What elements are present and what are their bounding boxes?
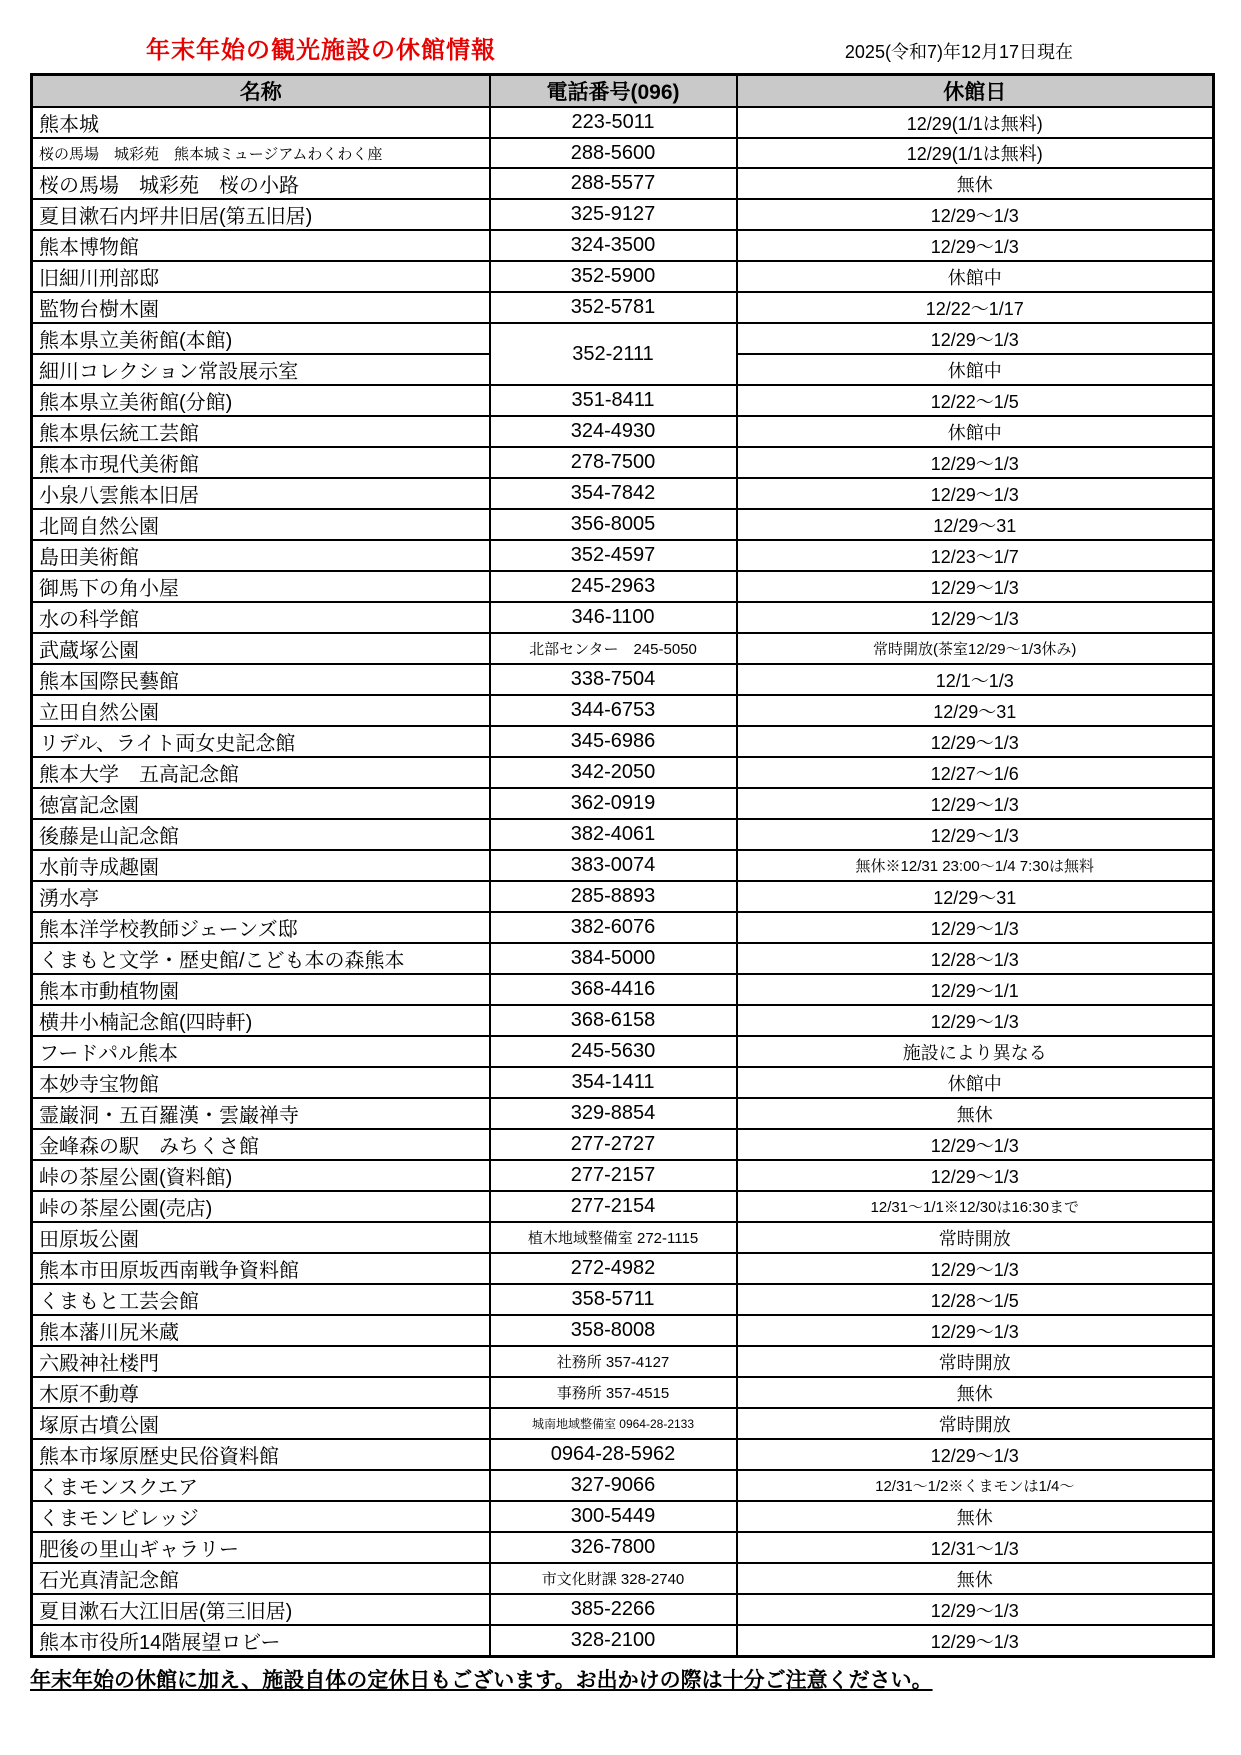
closed-days-cell: 12/29〜1/3 (737, 602, 1214, 633)
closed-days-cell: 無休 (737, 168, 1214, 199)
closed-days-cell: 12/29〜1/3 (737, 1129, 1214, 1160)
facility-name-cell: 島田美術館 (32, 540, 490, 571)
table-row: くまもと文学・歴史館/こども本の森熊本384-500012/28〜1/3 (32, 943, 1214, 974)
closed-days-cell: 12/29(1/1は無料) (737, 107, 1214, 138)
closed-days-cell: 12/29〜1/1 (737, 974, 1214, 1005)
closed-days-cell: 無休 (737, 1377, 1214, 1408)
table-row: 北岡自然公園356-800512/29〜31 (32, 509, 1214, 540)
table-row: 熊本県立美術館(本館)352-211112/29〜1/3 (32, 323, 1214, 354)
phone-cell: 245-2963 (490, 571, 737, 602)
closed-days-cell: 無休 (737, 1501, 1214, 1532)
facility-name-cell: 霊巌洞・五百羅漢・雲巌禅寺 (32, 1098, 490, 1129)
closed-days-cell: 12/31〜1/3 (737, 1532, 1214, 1563)
facility-name-cell: 桜の馬場 城彩苑 桜の小路 (32, 168, 490, 199)
phone-cell: 383-0074 (490, 850, 737, 881)
closed-days-cell: 無休 (737, 1098, 1214, 1129)
closure-table: 名称 電話番号(096) 休館日 熊本城223-501112/29(1/1は無料… (30, 73, 1215, 1658)
phone-cell: 327-9066 (490, 1470, 737, 1501)
table-row: 桜の馬場 城彩苑 熊本城ミュージアムわくわく座288-560012/29(1/1… (32, 138, 1214, 168)
table-body: 熊本城223-501112/29(1/1は無料)桜の馬場 城彩苑 熊本城ミュージ… (32, 107, 1214, 1657)
facility-name-cell: 肥後の里山ギャラリー (32, 1532, 490, 1563)
phone-cell: 368-6158 (490, 1005, 737, 1036)
facility-name-cell: 後藤是山記念館 (32, 819, 490, 850)
closed-days-cell: 休館中 (737, 261, 1214, 292)
facility-name-cell: フードパル熊本 (32, 1036, 490, 1067)
table-row: 夏目漱石大江旧居(第三旧居)385-226612/29〜1/3 (32, 1594, 1214, 1625)
closed-days-cell: 12/29〜1/3 (737, 478, 1214, 509)
closed-days-cell: 12/29〜1/3 (737, 912, 1214, 943)
closed-days-cell: 12/29〜1/3 (737, 1005, 1214, 1036)
table-row: 熊本洋学校教師ジェーンズ邸382-607612/29〜1/3 (32, 912, 1214, 943)
facility-name-cell: 旧細川刑部邸 (32, 261, 490, 292)
facility-name-cell: 桜の馬場 城彩苑 熊本城ミュージアムわくわく座 (32, 138, 490, 168)
table-row: 六殿神社楼門社務所 357-4127常時開放 (32, 1346, 1214, 1377)
closed-days-cell: 12/29〜1/3 (737, 726, 1214, 757)
table-row: 小泉八雲熊本旧居354-784212/29〜1/3 (32, 478, 1214, 509)
phone-cell: 352-5781 (490, 292, 737, 323)
phone-cell: 272-4982 (490, 1253, 737, 1284)
facility-name-cell: 熊本市役所14階展望ロビー (32, 1625, 490, 1657)
closed-days-cell: 休館中 (737, 354, 1214, 385)
closed-days-cell: 12/29〜1/3 (737, 819, 1214, 850)
phone-cell: 352-2111 (490, 323, 737, 385)
facility-name-cell: 湧水亭 (32, 881, 490, 912)
table-row: 田原坂公園植木地域整備室 272-1115常時開放 (32, 1222, 1214, 1253)
closed-days-cell: 12/27〜1/6 (737, 757, 1214, 788)
facility-name-cell: くまもと文学・歴史館/こども本の森熊本 (32, 943, 490, 974)
table-header-row: 名称 電話番号(096) 休館日 (32, 75, 1214, 108)
closed-days-cell: 12/29〜31 (737, 695, 1214, 726)
closed-days-cell: 12/29〜1/3 (737, 230, 1214, 261)
facility-name-cell: 立田自然公園 (32, 695, 490, 726)
facility-name-cell: 小泉八雲熊本旧居 (32, 478, 490, 509)
facility-name-cell: 熊本県立美術館(本館) (32, 323, 490, 354)
closed-days-cell: 12/22〜1/5 (737, 385, 1214, 416)
closed-days-cell: 常時開放(茶室12/29〜1/3休み) (737, 633, 1214, 664)
closed-days-cell: 12/29〜1/3 (737, 447, 1214, 478)
phone-cell: 植木地域整備室 272-1115 (490, 1222, 737, 1253)
facility-name-cell: 水の科学館 (32, 602, 490, 633)
phone-cell: 277-2154 (490, 1191, 737, 1222)
phone-cell: 382-4061 (490, 819, 737, 850)
table-row: 湧水亭285-889312/29〜31 (32, 881, 1214, 912)
table-row: 監物台樹木園352-578112/22〜1/17 (32, 292, 1214, 323)
closed-days-cell: 12/29〜1/3 (737, 1253, 1214, 1284)
table-row: 熊本大学 五高記念館342-205012/27〜1/6 (32, 757, 1214, 788)
phone-cell: 368-4416 (490, 974, 737, 1005)
closed-days-cell: 常時開放 (737, 1346, 1214, 1377)
closed-days-cell: 12/29〜1/3 (737, 1160, 1214, 1191)
closed-days-cell: 休館中 (737, 416, 1214, 447)
facility-name-cell: 熊本博物館 (32, 230, 490, 261)
facility-name-cell: 峠の茶屋公園(資料館) (32, 1160, 490, 1191)
facility-name-cell: 横井小楠記念館(四時軒) (32, 1005, 490, 1036)
table-row: 熊本市現代美術館278-750012/29〜1/3 (32, 447, 1214, 478)
table-row: 霊巌洞・五百羅漢・雲巌禅寺329-8854無休 (32, 1098, 1214, 1129)
table-row: 塚原古墳公園城南地域整備室 0964-28-2133常時開放 (32, 1408, 1214, 1439)
closed-days-cell: 常時開放 (737, 1408, 1214, 1439)
page-header: 年末年始の観光施設の休館情報 2025(令和7)年12月17日現在 (0, 0, 1241, 73)
closed-days-cell: 12/29〜1/3 (737, 571, 1214, 602)
date-note: 2025(令和7)年12月17日現在 (845, 38, 1073, 64)
table-row: 熊本市役所14階展望ロビー328-210012/29〜1/3 (32, 1625, 1214, 1657)
table-row: 熊本県立美術館(分館)351-841112/22〜1/5 (32, 385, 1214, 416)
closed-days-cell: 無休※12/31 23:00〜1/4 7:30は無料 (737, 850, 1214, 881)
phone-cell: 352-5900 (490, 261, 737, 292)
facility-name-cell: 塚原古墳公園 (32, 1408, 490, 1439)
facility-name-cell: 熊本市田原坂西南戦争資料館 (32, 1253, 490, 1284)
table-row: くまモンスクエア327-906612/31〜1/2※くまモンは1/4〜 (32, 1470, 1214, 1501)
table-row: 武蔵塚公園北部センター 245-5050常時開放(茶室12/29〜1/3休み) (32, 633, 1214, 664)
facility-name-cell: 夏目漱石内坪井旧居(第五旧居) (32, 199, 490, 230)
phone-cell: 278-7500 (490, 447, 737, 478)
table-row: 徳富記念園362-091912/29〜1/3 (32, 788, 1214, 819)
facility-name-cell: くまモンスクエア (32, 1470, 490, 1501)
closed-days-cell: 12/22〜1/17 (737, 292, 1214, 323)
table-row: 水の科学館346-110012/29〜1/3 (32, 602, 1214, 633)
facility-name-cell: 田原坂公園 (32, 1222, 490, 1253)
facility-name-cell: 熊本城 (32, 107, 490, 138)
phone-cell: 北部センター 245-5050 (490, 633, 737, 664)
phone-cell: 324-4930 (490, 416, 737, 447)
table-row: 旧細川刑部邸352-5900休館中 (32, 261, 1214, 292)
phone-cell: 384-5000 (490, 943, 737, 974)
table-row: 峠の茶屋公園(売店)277-215412/31〜1/1※12/30は16:30ま… (32, 1191, 1214, 1222)
table-row: 夏目漱石内坪井旧居(第五旧居)325-912712/29〜1/3 (32, 199, 1214, 230)
phone-cell: 277-2727 (490, 1129, 737, 1160)
table-row: フードパル熊本245-5630施設により異なる (32, 1036, 1214, 1067)
table-row: 熊本市田原坂西南戦争資料館272-498212/29〜1/3 (32, 1253, 1214, 1284)
phone-cell: 288-5600 (490, 138, 737, 168)
phone-cell: 社務所 357-4127 (490, 1346, 737, 1377)
closed-days-cell: 無休 (737, 1563, 1214, 1594)
closed-days-cell: 12/29〜1/3 (737, 1625, 1214, 1657)
phone-cell: 0964-28-5962 (490, 1439, 737, 1470)
closed-days-cell: 12/31〜1/1※12/30は16:30まで (737, 1191, 1214, 1222)
table-row: 金峰森の駅 みちくさ館277-272712/29〜1/3 (32, 1129, 1214, 1160)
facility-name-cell: 六殿神社楼門 (32, 1346, 490, 1377)
col-header-phone: 電話番号(096) (490, 75, 737, 108)
closed-days-cell: 12/29〜31 (737, 509, 1214, 540)
phone-cell: 382-6076 (490, 912, 737, 943)
closed-days-cell: 12/29〜1/3 (737, 199, 1214, 230)
table-row: 峠の茶屋公園(資料館)277-215712/29〜1/3 (32, 1160, 1214, 1191)
table-row: 立田自然公園344-675312/29〜31 (32, 695, 1214, 726)
facility-name-cell: 熊本藩川尻米蔵 (32, 1315, 490, 1346)
phone-cell: 288-5577 (490, 168, 737, 199)
table-row: 熊本市動植物園368-441612/29〜1/1 (32, 974, 1214, 1005)
closed-days-cell: 12/28〜1/5 (737, 1284, 1214, 1315)
table-row: 熊本市塚原歴史民俗資料館0964-28-596212/29〜1/3 (32, 1439, 1214, 1470)
facility-name-cell: リデル、ライト両女史記念館 (32, 726, 490, 757)
table-row: 木原不動尊事務所 357-4515無休 (32, 1377, 1214, 1408)
facility-name-cell: 御馬下の角小屋 (32, 571, 490, 602)
closed-days-cell: 12/29〜31 (737, 881, 1214, 912)
facility-name-cell: 熊本市現代美術館 (32, 447, 490, 478)
facility-name-cell: くまモンビレッジ (32, 1501, 490, 1532)
closed-days-cell: 12/31〜1/2※くまモンは1/4〜 (737, 1470, 1214, 1501)
phone-cell: 346-1100 (490, 602, 737, 633)
facility-name-cell: 熊本市塚原歴史民俗資料館 (32, 1439, 490, 1470)
table-row: くまもと工芸会館358-571112/28〜1/5 (32, 1284, 1214, 1315)
facility-name-cell: 熊本県伝統工芸館 (32, 416, 490, 447)
table-row: くまモンビレッジ300-5449無休 (32, 1501, 1214, 1532)
facility-name-cell: 熊本県立美術館(分館) (32, 385, 490, 416)
closed-days-cell: 12/1〜1/3 (737, 664, 1214, 695)
closed-days-cell: 12/29(1/1は無料) (737, 138, 1214, 168)
table-row: 石光真清記念館市文化財課 328-2740無休 (32, 1563, 1214, 1594)
facility-name-cell: 熊本市動植物園 (32, 974, 490, 1005)
phone-cell: 245-5630 (490, 1036, 737, 1067)
phone-cell: 事務所 357-4515 (490, 1377, 737, 1408)
facility-name-cell: 北岡自然公園 (32, 509, 490, 540)
phone-cell: 城南地域整備室 0964-28-2133 (490, 1408, 737, 1439)
table-row: 横井小楠記念館(四時軒)368-615812/29〜1/3 (32, 1005, 1214, 1036)
facility-name-cell: 本妙寺宝物館 (32, 1067, 490, 1098)
phone-cell: 358-5711 (490, 1284, 737, 1315)
closed-days-cell: 12/28〜1/3 (737, 943, 1214, 974)
table-row: リデル、ライト両女史記念館345-698612/29〜1/3 (32, 726, 1214, 757)
phone-cell: 285-8893 (490, 881, 737, 912)
phone-cell: 352-4597 (490, 540, 737, 571)
table-row: 水前寺成趣園383-0074無休※12/31 23:00〜1/4 7:30は無料 (32, 850, 1214, 881)
facility-name-cell: 水前寺成趣園 (32, 850, 490, 881)
phone-cell: 223-5011 (490, 107, 737, 138)
col-header-name: 名称 (32, 75, 490, 108)
closed-days-cell: 12/29〜1/3 (737, 1594, 1214, 1625)
phone-cell: 362-0919 (490, 788, 737, 819)
facility-name-cell: 金峰森の駅 みちくさ館 (32, 1129, 490, 1160)
footer-note: 年末年始の休館に加え、施設自体の定休日もございます。お出かけの際は十分ご注意くだ… (30, 1664, 1241, 1694)
phone-cell: 354-7842 (490, 478, 737, 509)
phone-cell: 344-6753 (490, 695, 737, 726)
closed-days-cell: 12/29〜1/3 (737, 1439, 1214, 1470)
table-row: 肥後の里山ギャラリー326-780012/31〜1/3 (32, 1532, 1214, 1563)
table-row: 熊本藩川尻米蔵358-800812/29〜1/3 (32, 1315, 1214, 1346)
closed-days-cell: 施設により異なる (737, 1036, 1214, 1067)
facility-name-cell: 熊本洋学校教師ジェーンズ邸 (32, 912, 490, 943)
facility-name-cell: 武蔵塚公園 (32, 633, 490, 664)
closed-days-cell: 12/29〜1/3 (737, 1315, 1214, 1346)
closed-days-cell: 12/29〜1/3 (737, 788, 1214, 819)
facility-name-cell: 監物台樹木園 (32, 292, 490, 323)
closed-days-cell: 12/23〜1/7 (737, 540, 1214, 571)
phone-cell: 市文化財課 328-2740 (490, 1563, 737, 1594)
facility-name-cell: 峠の茶屋公園(売店) (32, 1191, 490, 1222)
col-header-closed: 休館日 (737, 75, 1214, 108)
phone-cell: 354-1411 (490, 1067, 737, 1098)
phone-cell: 326-7800 (490, 1532, 737, 1563)
phone-cell: 342-2050 (490, 757, 737, 788)
phone-cell: 385-2266 (490, 1594, 737, 1625)
facility-name-cell: 細川コレクション常設展示室 (32, 354, 490, 385)
table-row: 島田美術館352-459712/23〜1/7 (32, 540, 1214, 571)
closed-days-cell: 常時開放 (737, 1222, 1214, 1253)
table-row: 御馬下の角小屋245-296312/29〜1/3 (32, 571, 1214, 602)
phone-cell: 338-7504 (490, 664, 737, 695)
facility-name-cell: 熊本国際民藝館 (32, 664, 490, 695)
table-row: 熊本国際民藝館338-750412/1〜1/3 (32, 664, 1214, 695)
phone-cell: 329-8854 (490, 1098, 737, 1129)
facility-name-cell: 夏目漱石大江旧居(第三旧居) (32, 1594, 490, 1625)
table-row: 桜の馬場 城彩苑 桜の小路288-5577無休 (32, 168, 1214, 199)
table-row: 熊本博物館324-350012/29〜1/3 (32, 230, 1214, 261)
table-row: 熊本城223-501112/29(1/1は無料) (32, 107, 1214, 138)
facility-name-cell: くまもと工芸会館 (32, 1284, 490, 1315)
phone-cell: 351-8411 (490, 385, 737, 416)
phone-cell: 277-2157 (490, 1160, 737, 1191)
table-row: 熊本県伝統工芸館324-4930休館中 (32, 416, 1214, 447)
facility-name-cell: 石光真清記念館 (32, 1563, 490, 1594)
phone-cell: 328-2100 (490, 1625, 737, 1657)
facility-name-cell: 徳富記念園 (32, 788, 490, 819)
phone-cell: 356-8005 (490, 509, 737, 540)
closed-days-cell: 12/29〜1/3 (737, 323, 1214, 354)
table-row: 後藤是山記念館382-406112/29〜1/3 (32, 819, 1214, 850)
phone-cell: 345-6986 (490, 726, 737, 757)
closed-days-cell: 休館中 (737, 1067, 1214, 1098)
facility-name-cell: 熊本大学 五高記念館 (32, 757, 490, 788)
facility-name-cell: 木原不動尊 (32, 1377, 490, 1408)
page-title: 年末年始の観光施設の休館情報 (146, 30, 496, 65)
phone-cell: 300-5449 (490, 1501, 737, 1532)
phone-cell: 324-3500 (490, 230, 737, 261)
phone-cell: 358-8008 (490, 1315, 737, 1346)
phone-cell: 325-9127 (490, 199, 737, 230)
table-row: 本妙寺宝物館354-1411休館中 (32, 1067, 1214, 1098)
